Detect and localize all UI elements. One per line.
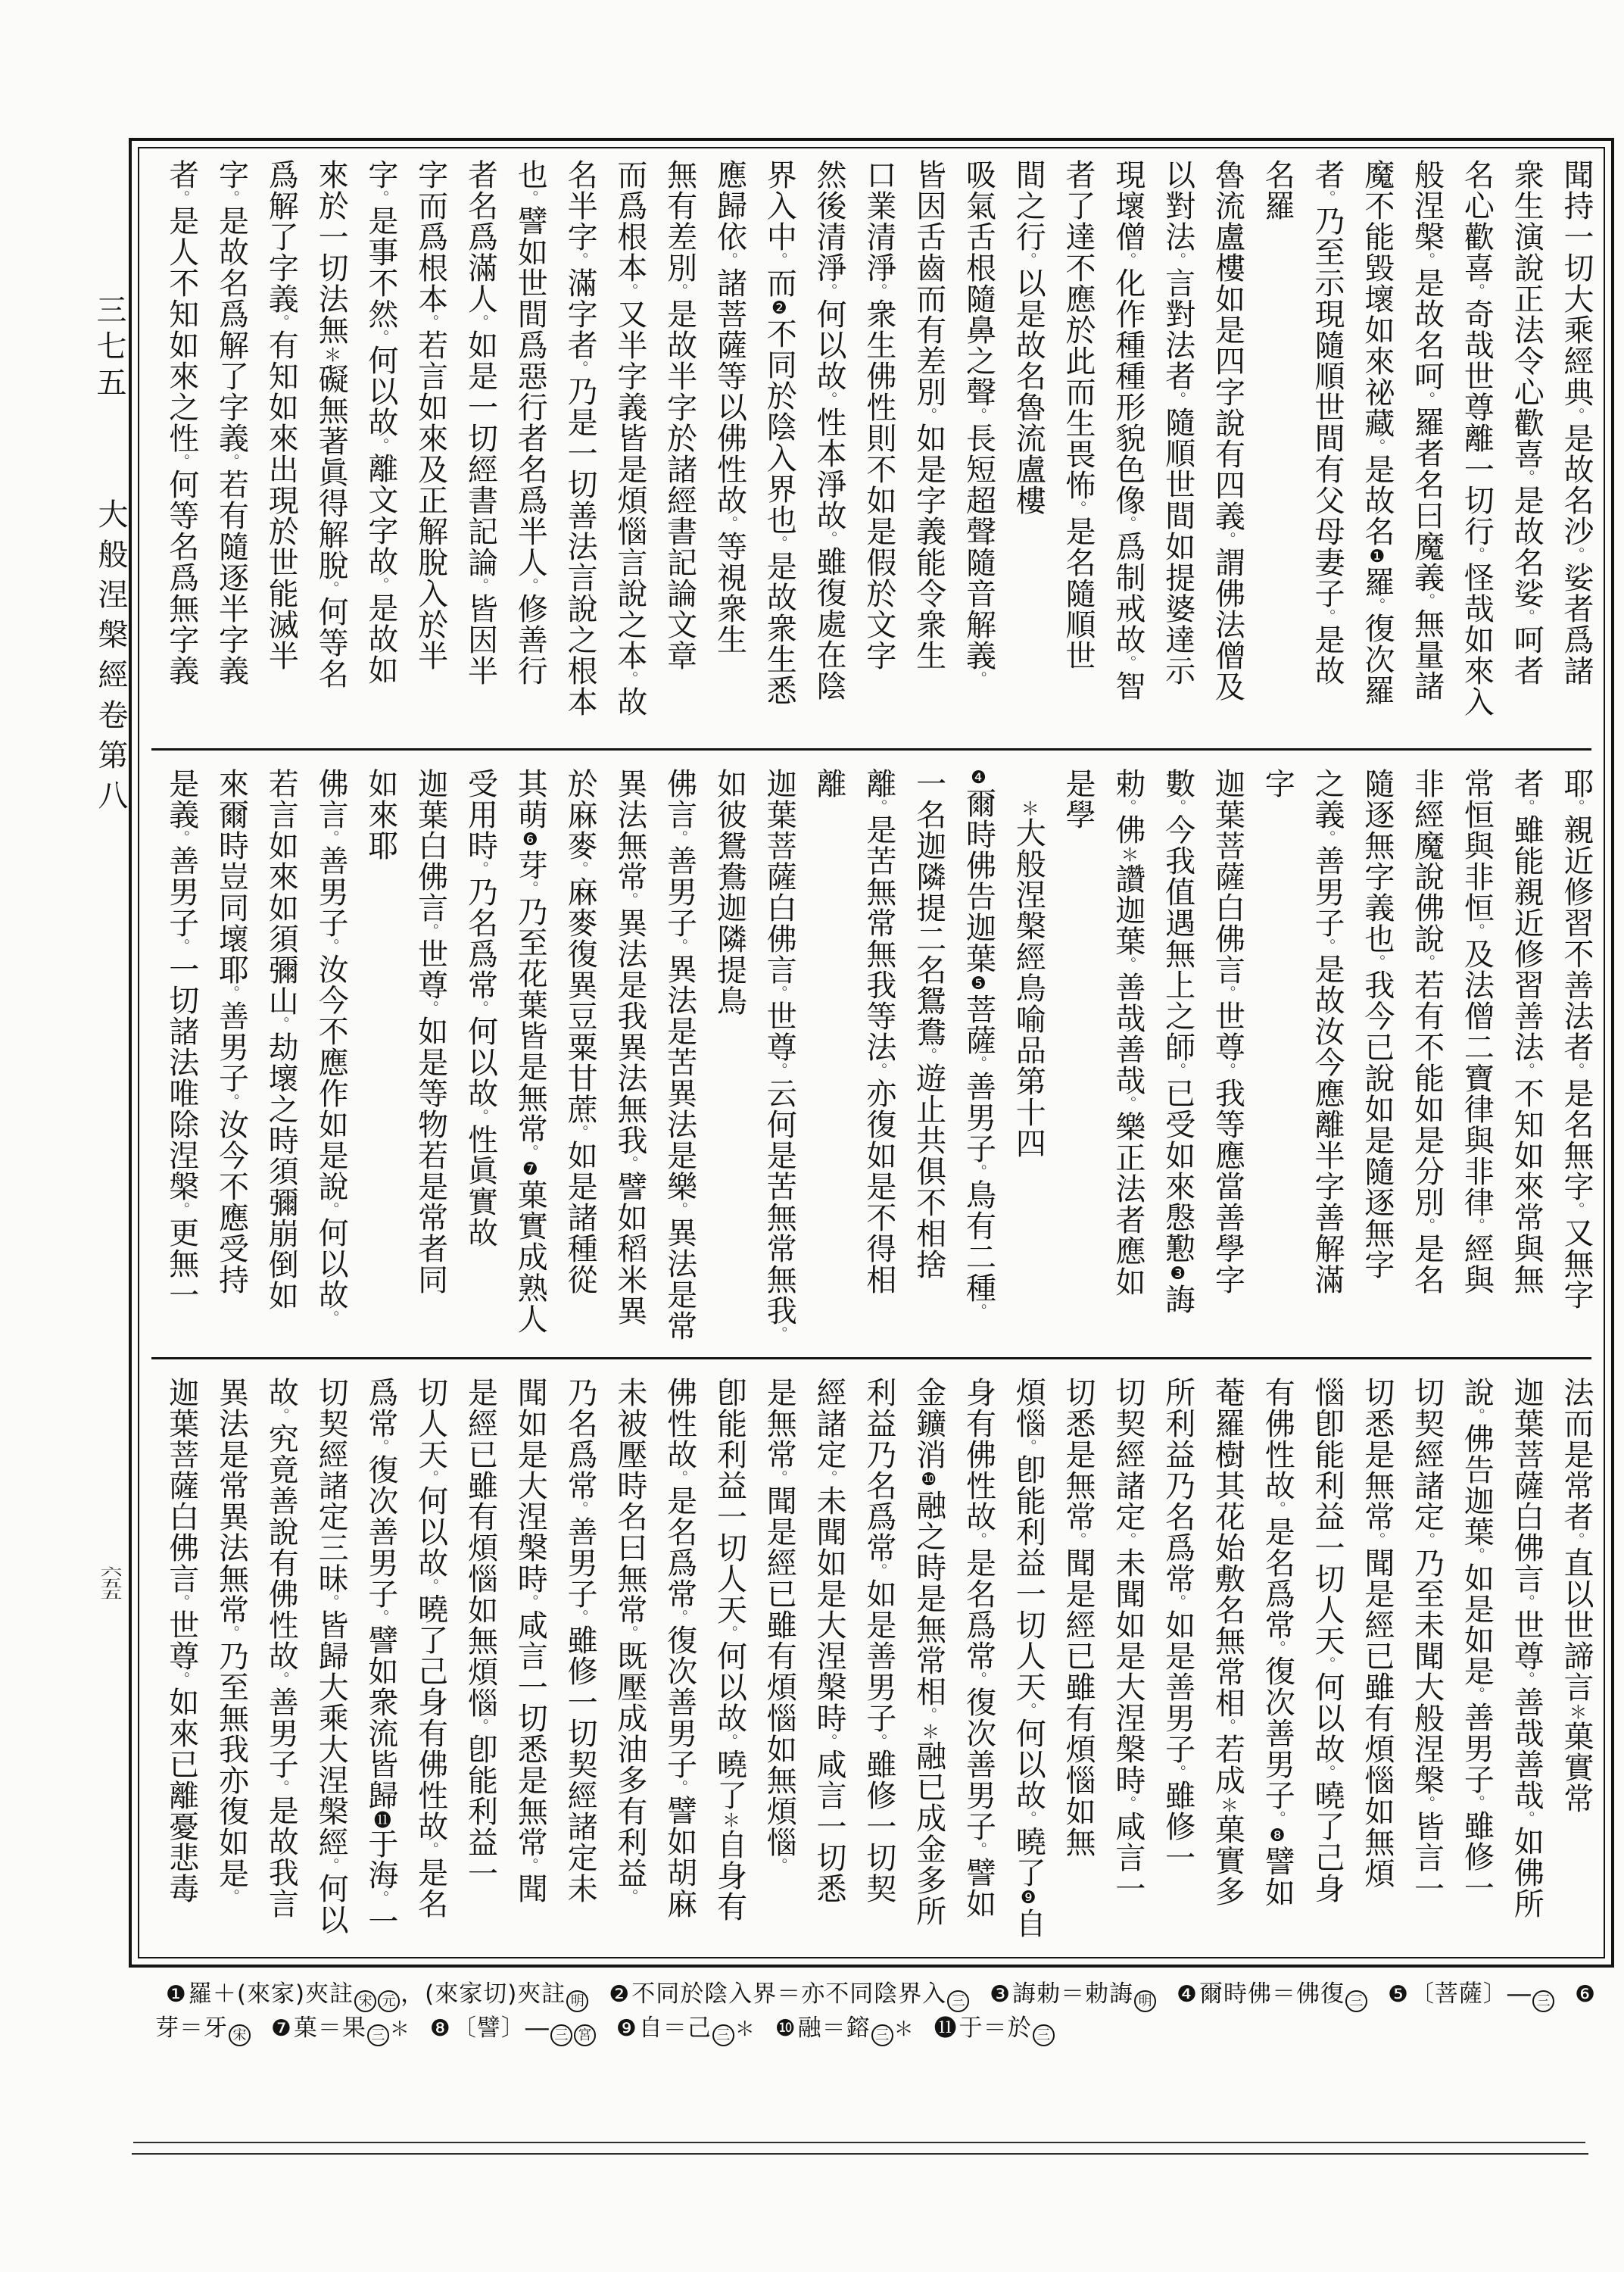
text-column: 字。是故名爲解了字義。若有隨逐半字義: [197, 159, 247, 731]
text-column: 耶。親近修習不善法者。是名無字。又無字: [1541, 768, 1591, 1340]
edition-siglum: 三: [550, 2024, 572, 2046]
asterisk-ref-marker: ＊: [918, 1722, 940, 1740]
text-column: 異法是常異法無常。乃至無我亦復如是。: [197, 1377, 247, 1949]
text-column: 吸氣舌根隨鼻之聲。長短超聲隨音解義。: [944, 159, 994, 731]
margin-page-number-top: 三七五: [88, 294, 131, 403]
text-column: 未被壓時名曰無常。既壓成油多有利益。: [595, 1377, 645, 1949]
text-column: 切悉是無常。聞是經已雖有煩惱如無煩: [1342, 1377, 1392, 1949]
text-column: 離: [794, 768, 844, 1340]
text-column: 字。是事不然。何以故。離文字故。是故如: [346, 159, 396, 731]
footnote-number: ❽: [430, 2015, 451, 2042]
text-column: ＊大般涅槃經鳥喻品第十四: [993, 768, 1043, 1340]
footnote-ref-marker: ❷: [769, 298, 789, 318]
text-column: 然後清淨。何以故。性本淨故。雖復處在陰: [794, 159, 844, 731]
text-column: 之義。善男子。是故汝今應離半字善解滿: [1292, 768, 1342, 1340]
text-column: 是無常。聞是經已雖有煩惱如無煩惱。: [744, 1377, 794, 1949]
text-column: 爲解了字義。有知如來出現於世能滅半: [246, 159, 296, 731]
text-column: 聞持一切大乘經典。是故名沙。娑者爲諸: [1541, 159, 1591, 731]
footnote-number: ❻: [1575, 1981, 1596, 2008]
text-column: 現壞僧。化作種種形貌色像。爲制戒故。智: [1093, 159, 1143, 731]
text-column: 受用時。乃名爲常。何以故。性眞實故: [446, 768, 496, 1340]
text-column: 者。是人不知如來之性。何等名爲無字義: [147, 159, 197, 731]
text-column: 迦葉菩薩白佛言。世尊。善哉善哉。如佛所: [1492, 1377, 1541, 1949]
asterisk-ref-marker: ＊: [1018, 799, 1039, 817]
footnote-number: ❷: [609, 1981, 630, 2008]
text-column: 聞如是大涅槃時。咸言一切悉是無常。聞: [495, 1377, 545, 1949]
text-column: 異法無常。異法是我異法無我。譬如稻米異: [595, 768, 645, 1340]
text-column: 者了達不應於此而生畏怖。是名隨順世: [1043, 159, 1093, 731]
footnote-ref-marker: ❾: [1018, 1888, 1038, 1908]
text-column: 故。究竟善說有佛性故。善男子。是故我言: [246, 1377, 296, 1949]
footnote-ref-marker: ❺: [968, 974, 988, 994]
footnote-ref-marker: ❸: [1168, 1264, 1188, 1284]
text-frame: 聞持一切大乘經典。是故名沙。娑者爲諸衆生演說正法令心歡喜。是故名娑。呵者名心歡喜…: [129, 138, 1614, 1968]
text-column: 迦葉白佛言。世尊。如是等物若是常者同: [396, 768, 446, 1340]
footnote-entry: ❹爾時佛＝佛復三: [1177, 1980, 1368, 2008]
scanned-canon-page: { "page": { "margin_labels": { "page_num…: [0, 0, 1624, 2272]
text-frame-inner: 聞持一切大乘經典。是故名沙。娑者爲諸衆生演說正法令心歡喜。是故名娑。呵者名心歡喜…: [138, 147, 1605, 1958]
text-column: 來爾時豈同壞耶。善男子。汝今不應受持: [197, 768, 247, 1340]
text-column: 隨逐無字義也。我今已說如是隨逐無字: [1342, 768, 1392, 1340]
footnote-number: ❶: [166, 1981, 187, 2008]
text-column: 迦葉菩薩白佛言。世尊。我等應當善學字: [1193, 768, 1243, 1340]
footnote-number: ❸: [990, 1981, 1011, 2008]
footnote-number: ❾: [616, 2015, 637, 2042]
edition-siglum: 三: [1033, 2024, 1055, 2046]
text-column: 卽能利益一切人天。何以故。曉了＊自身有: [695, 1377, 745, 1949]
asterisk-ref-marker: ＊: [1117, 845, 1139, 863]
footnote-entry: ❸誨勅＝勅誨明: [990, 1980, 1157, 2008]
collation-footnotes: ❶羅＋(來家)夾註宋元，(來家切)夾註明❷不同於陰入界＝亦不同陰界入三❸誨勅＝勅…: [155, 1978, 1616, 2046]
footnote-entry: ⓫于＝於三: [934, 2015, 1055, 2042]
edition-siglum: 明: [1134, 1990, 1156, 2012]
recurring-note-star: ＊: [735, 2018, 756, 2041]
edition-siglum: 宋: [229, 2024, 251, 2046]
text-column: 數。今我值遇無上之師。已受如來慇懃❸誨: [1143, 768, 1193, 1340]
text-column: 常恒與非恒。及法僧二寶律與非律。經與: [1442, 768, 1492, 1340]
text-column: 衆生演說正法令心歡喜。是故名娑。呵者: [1492, 159, 1541, 731]
margin-page-number-bottom: 六五五: [94, 1566, 126, 1600]
text-column: 名半字。滿字者。乃是一切善法言說之根本: [545, 159, 595, 731]
text-column: 無有差別。是故半字於諸經書記論文章: [645, 159, 695, 731]
text-column: 有佛性故。是名爲常。復次善男子。❽譬如: [1242, 1377, 1292, 1949]
asterisk-ref-marker: ＊: [320, 345, 341, 364]
edition-siglum: 三: [1345, 1990, 1367, 2012]
footnote-ref-marker: ❹: [968, 768, 988, 788]
text-column: 利益乃名爲常。如是善男子。雖修一切契: [844, 1377, 894, 1949]
text-column: 是學: [1043, 768, 1093, 1340]
register-separator: [151, 748, 1591, 751]
text-column: 若言如來如須彌山。劫壞之時須彌崩倒如: [246, 768, 296, 1340]
footnote-number: ❹: [1177, 1981, 1198, 2008]
footnote-entry: ❶羅＋(來家)夾註宋元，(來家切)夾註明: [166, 1980, 589, 2008]
text-column: 者。乃至示現隨順世間有父母妻子。是故: [1292, 159, 1342, 731]
edition-siglum: 三: [367, 2024, 389, 2046]
edition-siglum: 三: [947, 1990, 969, 2012]
footnote-number: ❼: [271, 2015, 292, 2042]
margin-scroll-title: 大般涅槃經卷第八: [89, 498, 132, 819]
text-column: 間之行。以是故名魯流盧樓: [993, 159, 1043, 731]
text-column: 經諸定。未聞如是大涅槃時。咸言一切悉: [794, 1377, 844, 1949]
text-column: 也。譬如世間爲惡行者名爲半人。修善行: [495, 159, 545, 731]
text-column: 惱卽能利益一切人天。何以故。曉了己身: [1292, 1377, 1342, 1949]
text-column: 界入中。而❷不同於陰入界也。是故衆生悉: [744, 159, 794, 731]
edition-siglum: 三: [712, 2024, 734, 2046]
text-column: 來於一切法無＊礙無著眞得解脫。何等名: [296, 159, 346, 731]
text-column: 菴羅樹其花始敷名無常相。若成＊菓實多: [1193, 1377, 1243, 1949]
text-column: 名羅: [1242, 159, 1292, 731]
footnote-ref-marker: ❽: [1267, 1826, 1287, 1846]
asterisk-ref-marker: ＊: [1566, 1702, 1587, 1721]
text-column: 而爲根本。又半字義皆是煩惱言說之本。故: [595, 159, 645, 731]
footnote-ref-marker: ❻: [520, 830, 540, 850]
text-column: ❹爾時佛告迦葉❺菩薩。善男子。鳥有二種。: [944, 768, 994, 1340]
edition-siglum: 三: [871, 2024, 893, 2046]
text-column: 於麻麥。麻麥復異豆粟甘蔗。如是諸種從: [545, 768, 595, 1340]
edition-siglum: 明: [566, 1990, 588, 2012]
footnote-entry: ❿融＝鎔三＊: [775, 2015, 915, 2042]
page-edge-line: [132, 2153, 1588, 2155]
register-bottom: 法而是常者。直以世諦言＊菓實常迦葉菩薩白佛言。世尊。善哉善哉。如佛所說。佛告迦葉…: [151, 1377, 1591, 1949]
text-column: 名心歡喜。奇哉世尊離一切行。怪哉如來入: [1442, 159, 1492, 731]
footnote-ref-marker: ⓫: [371, 1811, 391, 1828]
text-column: 一名迦隣提二名鴛鴦。遊止共俱不相捨: [894, 768, 944, 1340]
edition-siglum: 元: [378, 1990, 400, 2012]
page-edge-line: [133, 2142, 1585, 2143]
text-column: 魯流盧樓如是四字說有四義。謂佛法僧及: [1193, 159, 1243, 731]
edition-siglum: 宮: [574, 2024, 596, 2046]
asterisk-ref-marker: ＊: [718, 1811, 740, 1829]
footnote-number: ⓫: [934, 2015, 958, 2042]
text-column: 切悉是無常。聞是經已雖有煩惱如無: [1043, 1377, 1093, 1949]
text-column: 字: [1242, 768, 1292, 1340]
register-middle: 耶。親近修習不善法者。是名無字。又無字者。雖能親近修習善法。不知如來常與無常恒與…: [151, 768, 1591, 1340]
text-column: 佛言。善男子。異法是苦異法是樂。異法是常: [645, 768, 695, 1340]
text-column: 應歸依。諸菩薩等以佛性故。等視衆生: [695, 159, 745, 731]
text-column: 說。佛告迦葉。如是如是。善男子。雖修一: [1442, 1377, 1492, 1949]
footnote-ref-marker: ❶: [1367, 547, 1387, 566]
text-column: 口業清淨。衆生佛性則不如是假於文字: [844, 159, 894, 731]
text-column: 切契經諸定三昧。皆歸大乘大涅槃經。何以: [296, 1377, 346, 1949]
text-column: 離。是苦無常無我等法。亦復如是不得相: [844, 768, 894, 1340]
text-column: 者。雖能親近修習善法。不知如來常與無: [1492, 768, 1541, 1340]
text-column: 皆因舌齒而有差別。如是字義能令衆生: [894, 159, 944, 731]
text-column: 金鑛消❿融之時是無常相。＊融已成金多所: [894, 1377, 944, 1949]
recurring-note-star: ＊: [390, 2018, 410, 2041]
recurring-note-star: ＊: [894, 2018, 915, 2041]
text-column: 者名爲滿人。如是一切經書記論。皆因半: [446, 159, 496, 731]
footnote-ref-marker: ❿: [919, 1470, 939, 1490]
text-column: 魔不能毀壞如來祕藏。是故名❶羅。復次羅: [1342, 159, 1392, 731]
text-column: 所利益乃名爲常。如是善男子。雖修一: [1143, 1377, 1193, 1949]
asterisk-ref-marker: ＊: [1217, 1796, 1238, 1814]
text-column: 身有佛性故。是名爲常。復次善男子。譬如: [944, 1377, 994, 1949]
text-column: 切契經諸定。乃至未聞大般涅槃。皆言一: [1392, 1377, 1442, 1949]
footnote-entry: ❽〔譬〕―三宮: [430, 2015, 597, 2042]
text-column: 佛性故。是名爲常。復次善男子。譬如胡麻: [645, 1377, 695, 1949]
text-column: 爲常。復次善男子。譬如衆流皆歸⓫于海。一: [346, 1377, 396, 1949]
text-column: 迦葉菩薩白佛言。世尊。如來已離憂悲毒: [147, 1377, 197, 1949]
text-column: 切契經諸定。未聞如是大涅槃時。咸言一: [1093, 1377, 1143, 1949]
text-column: 以對法。言對法者。隨順世間如提婆達示: [1143, 159, 1193, 731]
text-column: 乃名爲常。善男子。雖修一切契經諸定未: [545, 1377, 595, 1949]
register-top: 聞持一切大乘經典。是故名沙。娑者爲諸衆生演說正法令心歡喜。是故名娑。呵者名心歡喜…: [151, 159, 1591, 731]
text-column: 般涅槃。是故名呵。羅者名曰魔義。無量諸: [1392, 159, 1442, 731]
footnote-entry: ❾自＝己三＊: [616, 2015, 756, 2042]
text-column: 如來耶: [346, 768, 396, 1340]
text-column: 非經魔說佛說。若有不能如是分別。是名: [1392, 768, 1442, 1340]
edition-siglum: 宋: [354, 1990, 376, 2012]
text-column: 佛言。善男子。汝今不應作如是說。何以故。: [296, 768, 346, 1340]
text-column: 是義。善男子。一切諸法唯除涅槃。更無一: [147, 768, 197, 1340]
text-column: 切人天。何以故。曉了己身有佛性故。是名: [396, 1377, 446, 1949]
footnote-number: ❺: [1388, 1981, 1409, 2008]
text-column: 是經已雖有煩惱如無煩惱。卽能利益一: [446, 1377, 496, 1949]
text-column: 其萌❻芽。乃至花葉皆是無常。❼菓實成熟人: [495, 768, 545, 1340]
text-column: 字而爲根本。若言如來及正解脫入於半: [396, 159, 446, 731]
footnote-entry: ❺〔菩薩〕―三: [1388, 1980, 1555, 2008]
footnote-entry: ❷不同於陰入界＝亦不同陰界入三: [609, 1980, 970, 2008]
text-column: 迦葉菩薩白佛言。世尊。云何是苦無常無我。: [744, 768, 794, 1340]
register-separator: [151, 1357, 1591, 1359]
text-column: 法而是常者。直以世諦言＊菓實常: [1541, 1377, 1591, 1949]
footnote-entry: ❼菓＝果三＊: [271, 2015, 410, 2042]
footnote-ref-marker: ❼: [520, 1159, 540, 1179]
text-column: 如彼鴛鴦迦隣提鳥: [695, 768, 745, 1340]
text-column: 煩惱。卽能利益一切人天。何以故。曉了❾自: [993, 1377, 1043, 1949]
text-column: 勅。佛＊讚迦葉。善哉善哉。樂正法者應如: [1093, 768, 1143, 1340]
edition-siglum: 三: [1532, 1990, 1554, 2012]
footnote-number: ❿: [775, 2015, 796, 2042]
